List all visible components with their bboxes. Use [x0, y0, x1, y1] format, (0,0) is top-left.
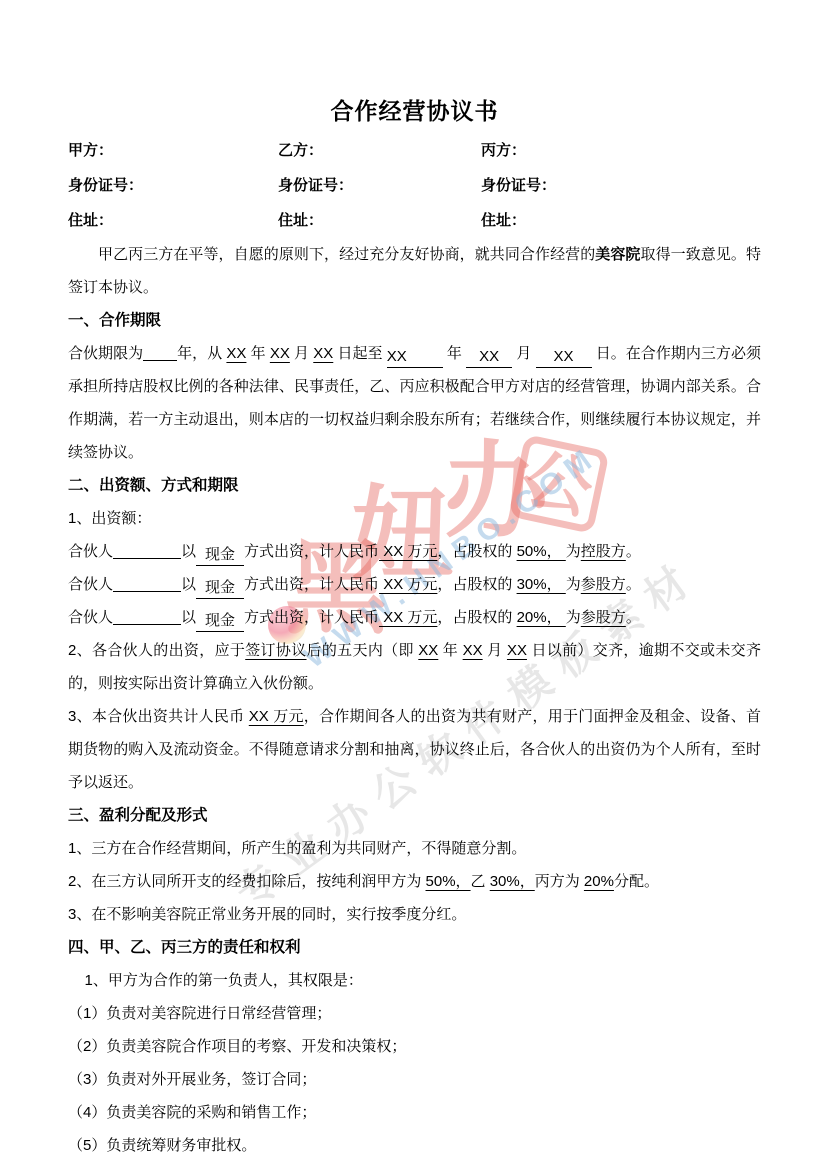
- paragraph: （5）负责统筹财务审批权。: [68, 1129, 761, 1162]
- text-segment: 合伙人: [68, 576, 113, 593]
- paragraph: 2、在三方认同所开支的经费扣除后，按纯利润甲方为 50%，乙 30%，丙方为 2…: [68, 865, 761, 898]
- fill-in-blank: XX: [387, 346, 443, 368]
- text-segment: XX: [507, 642, 527, 659]
- text-segment: XX 万元: [379, 543, 437, 560]
- text-segment: 合伙期限为: [68, 345, 143, 362]
- text-segment: 分配。: [614, 873, 659, 890]
- document-title: 合作经营协议书: [68, 89, 761, 133]
- text-segment: 方式出资，计人民币: [244, 609, 379, 626]
- party-row: 住址：住址：住址：: [68, 203, 761, 238]
- text-segment: 年，从: [177, 345, 226, 362]
- document-content: 合作经营协议书 甲方：乙方：丙方：身份证号：身份证号：身份证号：住址：住址：住址…: [0, 0, 827, 1162]
- text-segment: 年: [443, 345, 466, 362]
- party-label: 住址：: [68, 203, 278, 238]
- text-segment: XX: [313, 345, 333, 362]
- fill-in-blank: 现金: [196, 544, 244, 566]
- text-segment: 。: [626, 543, 641, 560]
- fill-in-blank: [113, 603, 181, 625]
- parties-block: 甲方：乙方：丙方：身份证号：身份证号：身份证号：住址：住址：住址：: [68, 133, 761, 238]
- text-segment: 参股方: [581, 609, 626, 626]
- text-segment: 20%，: [517, 609, 566, 626]
- text-segment: XX: [463, 642, 483, 659]
- section-heading: 一、合作期限: [68, 304, 761, 337]
- paragraph: （1）负责对美容院进行日常经营管理；: [68, 997, 761, 1030]
- paragraph: 合伙人以现金方式出资，计人民币 XX 万元，占股权的 20%， 为参股方。: [68, 601, 761, 634]
- text-segment: 2、在三方认同所开支的经费扣除后，按纯利润甲方为: [68, 873, 426, 890]
- text-segment: XX: [226, 345, 246, 362]
- text-segment: 1、甲方为合作的第一负责人，其权限是：: [85, 972, 363, 989]
- text-segment: 合伙人: [68, 609, 113, 626]
- paragraph: 3、在不影响美容院正常业务开展的同时，实行按季度分红。: [68, 898, 761, 931]
- fill-in-blank: 现金: [196, 577, 244, 599]
- paragraph: （2）负责美容院合作项目的考察、开发和决策权；: [68, 1030, 761, 1063]
- text-segment: 2、各合伙人的出资，应于: [68, 642, 245, 659]
- text-segment: 丙方为: [535, 873, 584, 890]
- text-segment: 年: [246, 345, 269, 362]
- text-segment: （1）负责对美容院进行日常经营管理；: [68, 1005, 331, 1022]
- section-heading: 二、出资额、方式和期限: [68, 469, 761, 502]
- fill-in-blank: [143, 339, 177, 361]
- fill-in-blank: 现金: [196, 610, 244, 632]
- fill-in-blank: XX: [536, 346, 592, 368]
- paragraph: （4）负责美容院的采购和销售工作；: [68, 1096, 761, 1129]
- text-segment: 月: [512, 345, 535, 362]
- paragraph: （3）负责对外开展业务，签订合同；: [68, 1063, 761, 1096]
- text-segment: ，占股权的: [437, 543, 516, 560]
- party-label: 丙方：: [481, 133, 761, 168]
- paragraph: 合伙期限为年，从 XX 年 XX 月 XX 日起至 XX 年 XX 月 XX 日…: [68, 337, 761, 469]
- party-label: 住址：: [481, 203, 761, 238]
- text-segment: ，占股权的: [437, 576, 516, 593]
- document-page: 黑妞办公 WWW.HNBO.COM 专业办公软件模板素材 合作经营协议书 甲方：…: [0, 0, 827, 1169]
- paragraph: 1、三方在合作经营期间，所产生的盈利为共同财产，不得随意分割。: [68, 832, 761, 865]
- party-label: 身份证号：: [278, 168, 481, 203]
- text-segment: 控股方: [581, 543, 626, 560]
- party-row: 甲方：乙方：丙方：: [68, 133, 761, 168]
- party-label: 住址：: [278, 203, 481, 238]
- text-segment: （2）负责美容院合作项目的考察、开发和决策权；: [68, 1038, 406, 1055]
- party-label: 乙方：: [278, 133, 481, 168]
- text-segment: ，占股权的: [437, 609, 516, 626]
- text-segment: 3、本合伙出资共计人民币: [68, 708, 249, 725]
- text-segment: XX 万元: [379, 576, 437, 593]
- text-segment: 合伙人: [68, 543, 113, 560]
- text-segment: 。: [626, 576, 641, 593]
- intro-paragraph: 甲乙丙三方在平等，自愿的原则下，经过充分友好协商，就共同合作经营的美容院取得一致…: [68, 238, 761, 304]
- text-segment: 以: [181, 543, 196, 560]
- text-segment: XX: [270, 345, 290, 362]
- sections-block: 一、合作期限合伙期限为年，从 XX 年 XX 月 XX 日起至 XX 年 XX …: [68, 304, 761, 1162]
- text-segment: 3、在不影响美容院正常业务开展的同时，实行按季度分红。: [68, 906, 466, 923]
- fill-in-blank: [113, 570, 181, 592]
- text-segment: 以: [181, 576, 196, 593]
- text-segment: 为: [566, 543, 581, 560]
- party-row: 身份证号：身份证号：身份证号：: [68, 168, 761, 203]
- text-segment: 。: [626, 609, 641, 626]
- paragraph: 1、甲方为合作的第一负责人，其权限是：: [68, 964, 761, 997]
- text-segment: 为: [566, 576, 581, 593]
- text-segment: XX: [418, 642, 438, 659]
- text-segment: （4）负责美容院的采购和销售工作；: [68, 1104, 316, 1121]
- fill-in-blank: XX: [466, 346, 512, 368]
- paragraph: 2、各合伙人的出资，应于签订协议后的五天内（即 XX 年 XX 月 XX 日以前…: [68, 634, 761, 700]
- text-segment: （3）负责对外开展业务，签订合同；: [68, 1071, 316, 1088]
- text-segment: 50%，: [426, 873, 471, 890]
- text-segment: 方式出资，计人民币: [244, 543, 379, 560]
- text-segment: 签订协议: [245, 642, 306, 659]
- text-segment: XX 万元: [249, 708, 304, 725]
- text-segment: 月: [290, 345, 313, 362]
- text-segment: XX 万元: [379, 609, 437, 626]
- text-segment: 参股方: [581, 576, 626, 593]
- text-segment: 日起至: [333, 345, 386, 362]
- text-segment: 30%，: [490, 873, 535, 890]
- text-segment: 为: [566, 609, 581, 626]
- text-segment: 1、三方在合作经营期间，所产生的盈利为共同财产，不得随意分割。: [68, 840, 526, 857]
- paragraph: 合伙人以现金方式出资，计人民币 XX 万元，占股权的 50%， 为控股方。: [68, 535, 761, 568]
- party-label: 甲方：: [68, 133, 278, 168]
- fill-in-blank: [113, 537, 181, 559]
- text-segment: 美容院: [595, 246, 640, 263]
- text-segment: 以: [181, 609, 196, 626]
- section-heading: 四、甲、乙、丙三方的责任和权利: [68, 931, 761, 964]
- text-segment: 乙: [471, 873, 490, 890]
- paragraph: 3、本合伙出资共计人民币 XX 万元，合作期间各人的出资为共有财产，用于门面押金…: [68, 700, 761, 799]
- text-segment: 1、出资额：: [68, 510, 151, 527]
- party-label: 身份证号：: [481, 168, 761, 203]
- text-segment: 50%，: [517, 543, 566, 560]
- paragraph: 1、出资额：: [68, 502, 761, 535]
- text-segment: 月: [483, 642, 507, 659]
- section-heading: 三、盈利分配及形式: [68, 799, 761, 832]
- paragraph: 合伙人以现金方式出资，计人民币 XX 万元，占股权的 30%， 为参股方。: [68, 568, 761, 601]
- text-segment: 年: [438, 642, 462, 659]
- text-segment: 20%: [584, 873, 614, 890]
- text-segment: （5）负责统筹财务审批权。: [68, 1137, 256, 1154]
- text-segment: 30%，: [517, 576, 566, 593]
- text-segment: 后的五天内（即: [307, 642, 419, 659]
- party-label: 身份证号：: [68, 168, 278, 203]
- text-segment: 甲乙丙三方在平等，自愿的原则下，经过充分友好协商，就共同合作经营的: [98, 246, 595, 263]
- text-segment: 方式出资，计人民币: [244, 576, 379, 593]
